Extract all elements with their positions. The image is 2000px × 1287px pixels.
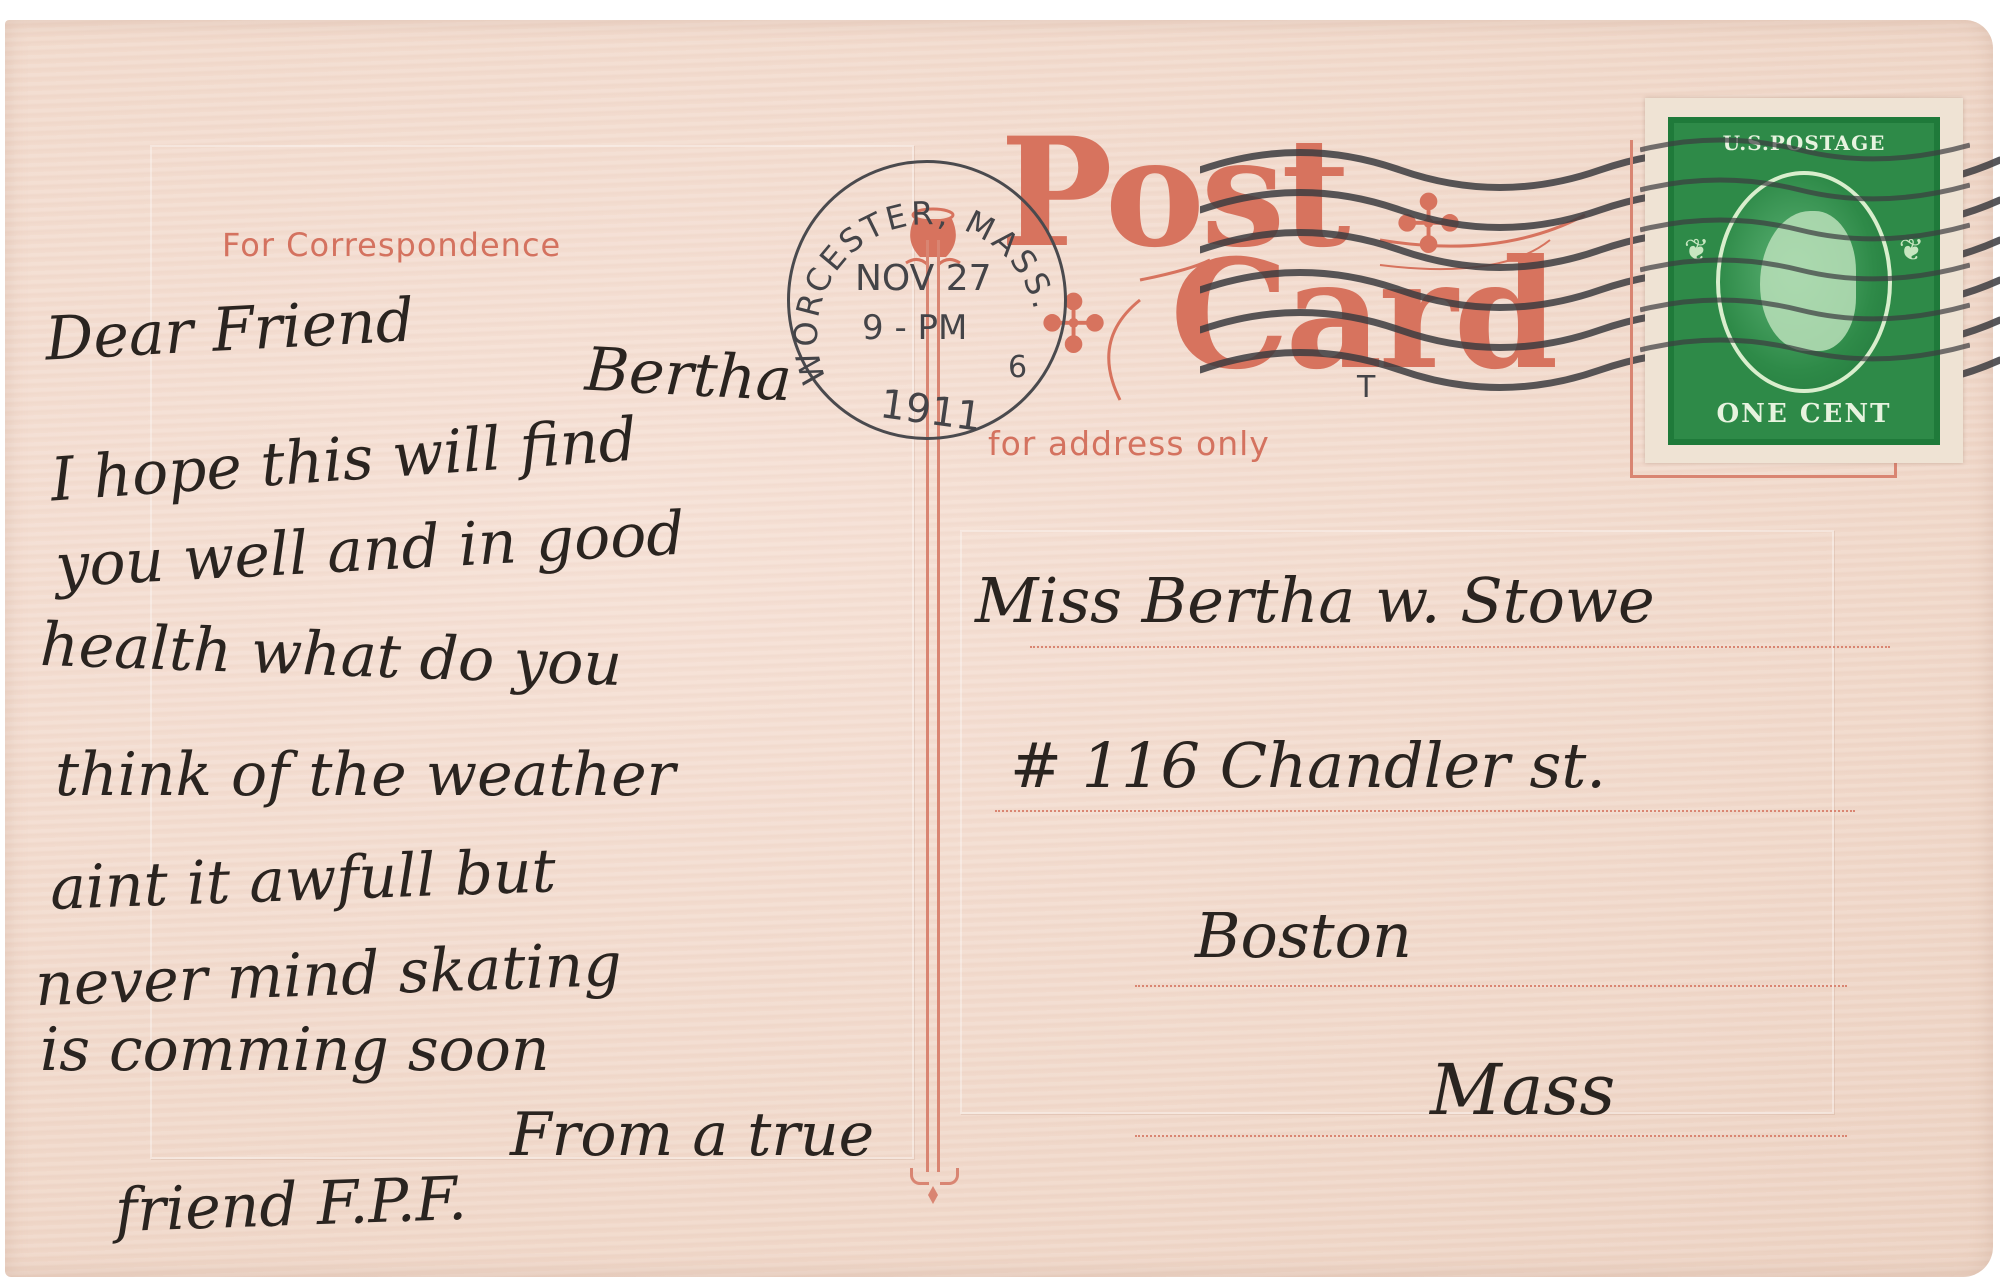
letter-line: aint it awfull but [49, 841, 557, 919]
postmark-suffix: 6 [1008, 350, 1027, 385]
address-line-4 [1135, 1135, 1847, 1137]
cancel-letter: T [1357, 370, 1375, 405]
address-street: # 116 Chandler st. [1010, 735, 1606, 797]
letter-line: is comming soon [40, 1020, 550, 1080]
postmark-date: NOV 27 [855, 258, 992, 299]
address-line-1 [1030, 646, 1890, 648]
letter-line: friend F.P.F. [114, 1169, 468, 1241]
divider-curl-left [910, 1168, 929, 1185]
address-city: Boston [1195, 905, 1412, 967]
address-name: Miss Bertha w. Stowe [975, 570, 1655, 632]
stamp-cancel-lines [1640, 130, 1970, 410]
correspondence-label: For Correspondence [222, 226, 561, 264]
letter-line: Bertha [584, 340, 794, 411]
letter-line: Dear Friend [44, 290, 416, 369]
postmark-time: 9 - PM [862, 308, 967, 348]
address-line-3 [1135, 985, 1847, 987]
address-line-2 [995, 810, 1855, 812]
letter-line: From a true [510, 1105, 874, 1165]
letter-line: think of the weather [55, 745, 675, 805]
address-state: Mass [1430, 1055, 1615, 1125]
